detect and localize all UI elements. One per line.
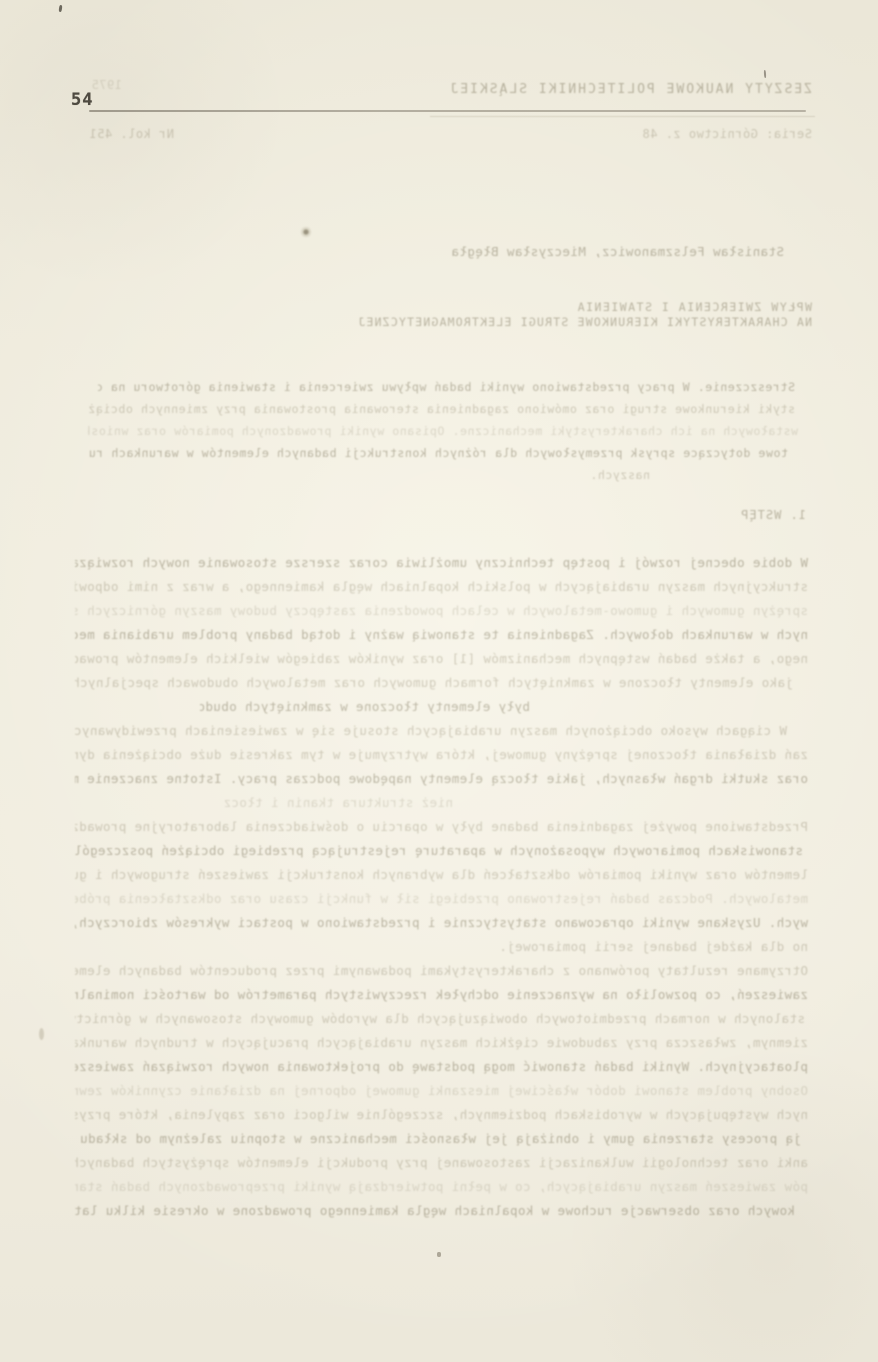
ghost-body-line: nych w warunkach dołowych. Zagadnienia t… — [75, 628, 808, 643]
ghost-body-line: sprężyn gumowych i gumowo-metalowych w c… — [75, 604, 808, 619]
ghost-issue-number: Nr kol. 451 — [88, 127, 174, 141]
ghost-body-line: stalonych w normach przedmiotowych obowi… — [75, 1012, 805, 1027]
ghost-abstract-line: wstałowych na ich charakterystyki mechan… — [88, 424, 798, 438]
ghost-body-line: lementów oraz wyniki pomiarów odkształce… — [75, 868, 808, 883]
ghost-body-line: Przedstawione powyżej zagadnienia badane… — [75, 820, 808, 835]
ghost-body-line: ziemnym, zwłaszcza przy zabudowie ciężki… — [75, 1036, 808, 1051]
ghost-body-line: oraz skutki drgań własnych, jakie tłoczą… — [75, 772, 808, 787]
ghost-year: 1975 — [84, 78, 122, 92]
ghost-article-title-line2: NA CHARAKTERYSTYKI KIERUNKOWE STRUGI ELE… — [346, 315, 812, 329]
ghost-body-line: nego, a także badań wstępnych mechanizmó… — [75, 652, 808, 667]
ghost-abstract-line: naszych. — [586, 468, 650, 482]
header-rule — [89, 110, 806, 112]
ghost-body-line: ją procesy starzenia gumy i obniżają jej… — [75, 1132, 801, 1147]
ghost-authors: Stanisław Felszmanowicz, Mieczysław Błęg… — [440, 245, 784, 260]
ghost-series: Seria: Górnictwo z. 48 — [640, 127, 812, 141]
ghost-abstract-line: styki kierunkowe strugi oraz omówiono za… — [88, 402, 795, 416]
ghost-body-line: były elementy tłoczone w zamkniętych obu… — [200, 700, 530, 715]
ghost-body-line: Osobny problem stanowi dobór właściwej m… — [75, 1084, 808, 1099]
ghost-body-line: no dla każdej badanej serii pomiarowej. — [75, 940, 808, 955]
ghost-article-title-line1: WPŁYW ZWIERCENIA I STAWIENIA — [577, 300, 812, 314]
ink-smudge — [39, 1028, 44, 1040]
scanned-page: 54 1975 ZESZYTY NAUKOWE POLITECHNIKI ŚLĄ… — [0, 0, 878, 1362]
ghost-body-line: ploatacyjnych. Wyniki badań stanowić mog… — [75, 1060, 808, 1075]
ghost-body-line: Otrzymane rezultaty porównano z charakte… — [75, 964, 808, 979]
ghost-body-line: zań działania tłoczonej sprężyny gumowej… — [75, 748, 808, 763]
ghost-body-line: nych występujących w wyrobiskach podziem… — [75, 1108, 808, 1123]
ghost-abstract-line: Streszczenie. W pracy przedstawiono wyni… — [98, 380, 795, 394]
ink-speck — [764, 70, 767, 78]
ghost-section-heading: 1. WSTĘP — [732, 508, 806, 522]
ghost-header-rule — [430, 116, 815, 117]
ghost-body-line: wych. Uzyskane wyniki opracowano statyst… — [75, 916, 808, 931]
ghost-body-line: W ciągach wysoko obciążonych maszyn urab… — [75, 724, 787, 739]
ghost-body-line: pów zawieszeń maszyn urabiających, co w … — [75, 1180, 808, 1195]
ghost-body-line: kowych oraz obserwacje ruchowe w kopalni… — [75, 1204, 795, 1219]
ghost-body-line: nież struktura tkanin i tłoczywa, jak te… — [225, 796, 453, 811]
ghost-journal-title: ZESZYTY NAUKOWE POLITECHNIKI ŚLĄSKIEJ — [430, 82, 812, 97]
ghost-body-line: jako elementy tłoczone w zamkniętych for… — [75, 676, 793, 691]
ghost-body-line: strukcyjnych maszyn urabiających w polsk… — [75, 580, 808, 595]
ghost-body-line: zawieszeń, co pozwoliło na wyznaczenie o… — [75, 988, 808, 1003]
ghost-body-line: anki oraz technologii wulkanizacji zasto… — [75, 1156, 808, 1171]
page-number: 54 — [71, 90, 93, 110]
ink-speck — [59, 5, 63, 12]
ghost-body-line: W dobie obecnej rozwój i postęp technicz… — [75, 556, 808, 571]
ghost-body-line: stanowiskach pomiarowych wyposażonych w … — [75, 844, 803, 859]
ghost-body-line: metalowych. Podczas badań rejestrowano p… — [75, 892, 808, 907]
ink-speck — [437, 1252, 441, 1257]
ink-smudge — [300, 226, 312, 238]
ghost-abstract-line: towe dotyczące sprysk przemysłowych dla … — [88, 446, 788, 460]
